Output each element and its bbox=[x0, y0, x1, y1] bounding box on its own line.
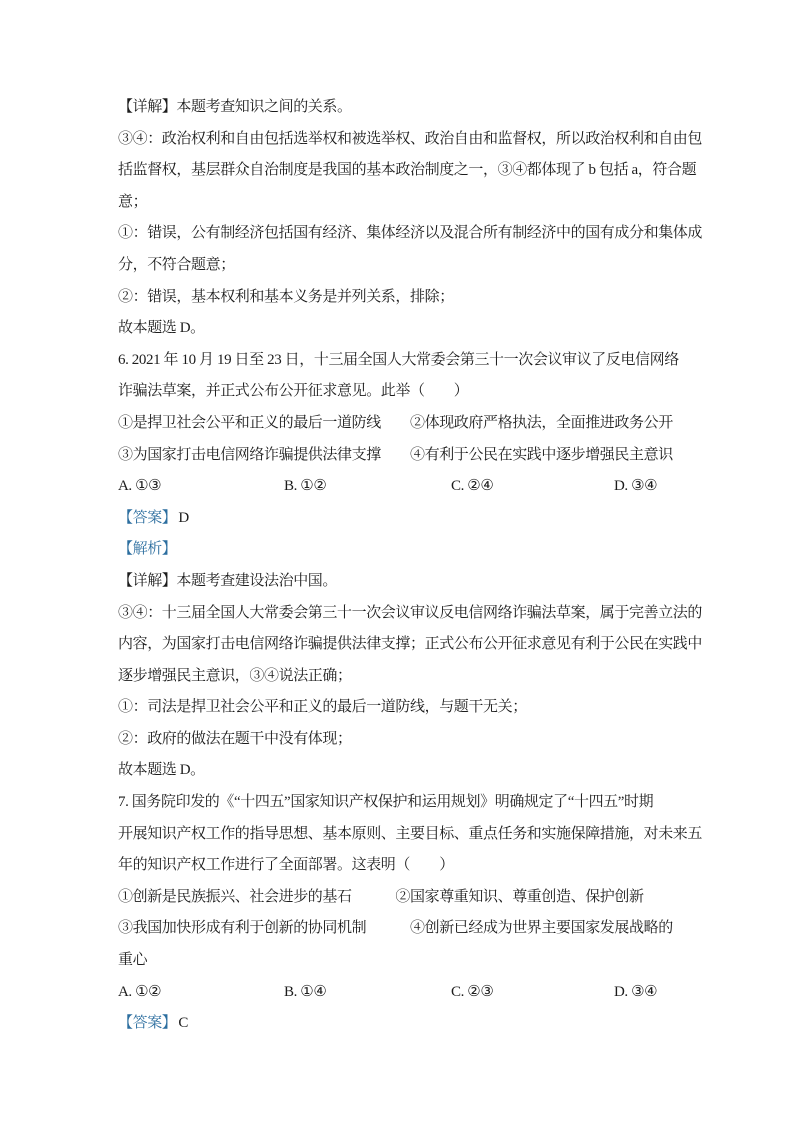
option-a: A. ①② bbox=[118, 977, 161, 1009]
text-line: ③为国家打击电信网络诈骗提供法律支撑 ④有利于公民在实践中逐步增强民主意识 bbox=[118, 440, 678, 472]
text-line: 【详解】本题考查知识之间的关系。 bbox=[118, 92, 678, 124]
option-b: B. ①④ bbox=[284, 977, 326, 1009]
text-line: ②：政府的做法在题干中没有体现； bbox=[118, 724, 678, 756]
answer-marker: 【答案】 bbox=[118, 510, 176, 526]
document-page: 【详解】本题考查知识之间的关系。③④：政治权利和自由包括选举权和被选举权、政治自… bbox=[0, 0, 793, 1122]
answer-marker: 【答案】 bbox=[118, 1015, 176, 1031]
text-line: ①创新是民族振兴、社会进步的基石 ②国家尊重知识、尊重创造、保护创新 bbox=[118, 882, 678, 914]
option-b: B. ①② bbox=[284, 471, 326, 503]
answer-value bbox=[176, 541, 178, 557]
text-line: ①：错误，公有制经济包括国有经济、集体经济以及混合所有制经济中的国有成分和集体成 bbox=[118, 218, 678, 250]
text-line: 【详解】本题考查建设法治中国。 bbox=[118, 566, 678, 598]
analysis-line: 【解析】 bbox=[118, 534, 678, 566]
text-line: 7. 国务院印发的《“十四五”国家知识产权保护和运用规划》明确规定了“十四五”时… bbox=[118, 787, 678, 819]
option-d: D. ③④ bbox=[614, 977, 657, 1009]
text-line: 重心 bbox=[118, 945, 678, 977]
text-line: 诈骗法草案，并正式公布公开征求意见。此举（ ） bbox=[118, 376, 678, 408]
options-row: A. ①③B. ①②C. ②④D. ③④ bbox=[118, 471, 678, 503]
option-d: D. ③④ bbox=[614, 471, 657, 503]
text-line: ③我国加快形成有利于创新的协同机制 ④创新已经成为世界主要国家发展战略的 bbox=[118, 913, 678, 945]
options-row: A. ①②B. ①④C. ②③D. ③④ bbox=[118, 977, 678, 1009]
text-line: 逐步增强民主意识，③④说法正确； bbox=[118, 661, 678, 693]
text-line: 故本题选 D。 bbox=[118, 755, 678, 787]
option-c: C. ②③ bbox=[451, 977, 493, 1009]
text-line: ③④：十三届全国人大常委会第三十一次会议审议反电信网络诈骗法草案，属于完善立法的 bbox=[118, 598, 678, 630]
text-line: 开展知识产权工作的指导思想、基本原则、主要目标、重点任务和实施保障措施，对未来五 bbox=[118, 819, 678, 851]
text-line: 年的知识产权工作进行了全面部署。这表明（ ） bbox=[118, 850, 678, 882]
answer-marker: 【解析】 bbox=[118, 541, 176, 557]
text-line: 意； bbox=[118, 187, 678, 219]
text-line: ③④：政治权利和自由包括选举权和被选举权、政治自由和监督权，所以政治权利和自由包 bbox=[118, 124, 678, 156]
text-line: ②：错误，基本权利和基本义务是并列关系，排除； bbox=[118, 282, 678, 314]
text-line: 6. 2021 年 10 月 19 日至 23 日，十三届全国人大常委会第三十一… bbox=[118, 345, 678, 377]
text-line: 括监督权，基层群众自治制度是我国的基本政治制度之一，③④都体现了 b 包括 a，… bbox=[118, 155, 678, 187]
option-a: A. ①③ bbox=[118, 471, 161, 503]
answer-value: C bbox=[176, 1015, 188, 1031]
document-content: 【详解】本题考查知识之间的关系。③④：政治权利和自由包括选举权和被选举权、政治自… bbox=[118, 92, 678, 1040]
text-line: 故本题选 D。 bbox=[118, 313, 678, 345]
answer-line: 【答案】D bbox=[118, 503, 678, 535]
text-line: 分，不符合题意； bbox=[118, 250, 678, 282]
answer-line: 【答案】C bbox=[118, 1008, 678, 1040]
answer-value: D bbox=[176, 510, 188, 526]
option-c: C. ②④ bbox=[451, 471, 493, 503]
text-line: ①：司法是捍卫社会公平和正义的最后一道防线，与题干无关； bbox=[118, 692, 678, 724]
text-line: ①是捍卫社会公平和正义的最后一道防线 ②体现政府严格执法，全面推进政务公开 bbox=[118, 408, 678, 440]
text-line: 内容，为国家打击电信网络诈骗提供法律支撑；正式公布公开征求意见有利于公民在实践中 bbox=[118, 629, 678, 661]
